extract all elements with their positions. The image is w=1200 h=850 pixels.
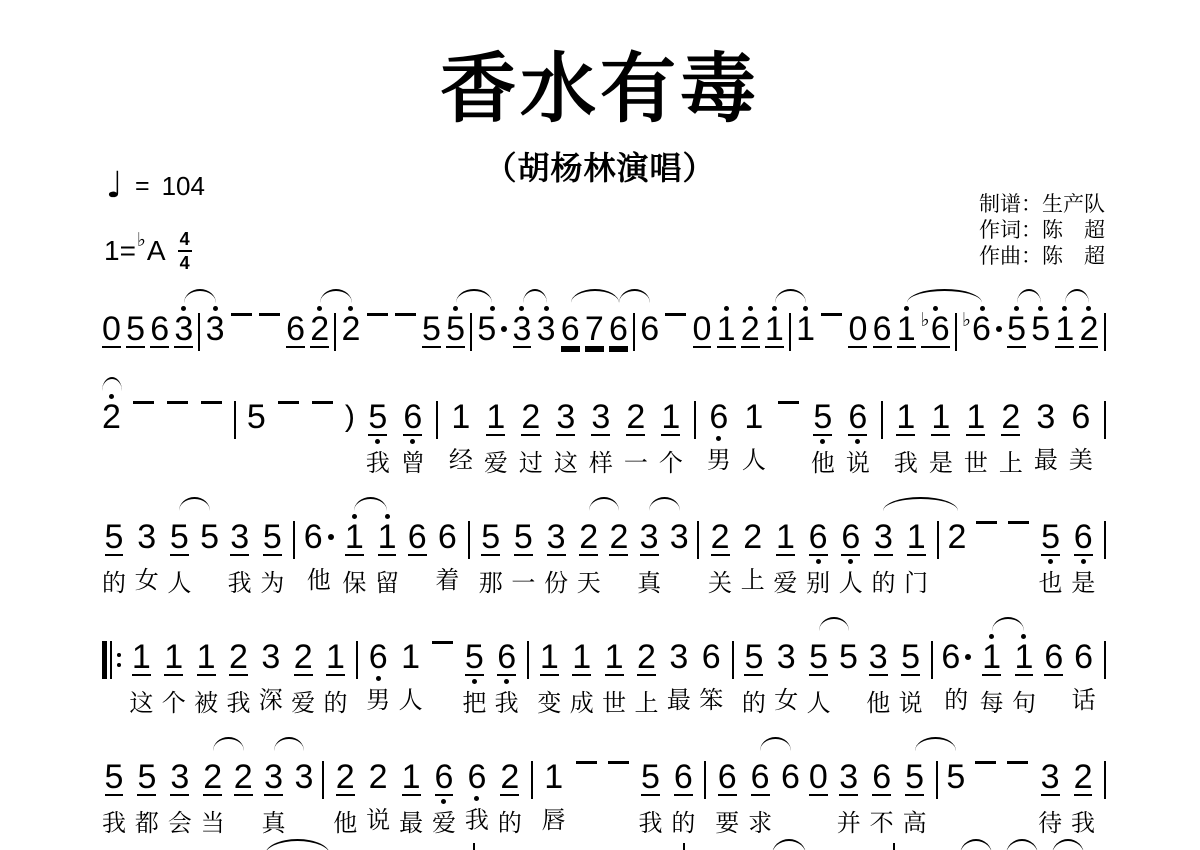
note-digit: 1 [1055,313,1074,345]
note-value: 2 [948,521,967,553]
note-digit: 5 [137,761,156,793]
note-value: 6 [286,313,305,348]
note: 3的 [871,512,895,598]
note-value: 5 [839,641,858,673]
dash-bar [367,313,388,316]
note-value: 6 [438,521,457,553]
dash-bar [259,313,280,316]
note-digit: 2 [948,521,967,553]
note: 2天 [577,512,601,598]
note-digit: 3 [264,761,283,793]
dash-note [366,304,389,326]
note: 6别 [806,512,830,598]
dash-note [200,392,223,446]
note-digit: 5 [200,521,219,553]
note: 5为 [260,512,284,598]
note-value [607,761,630,764]
note-value: 1 [982,641,1001,676]
note-value [394,313,417,316]
note: 5那 [479,512,503,598]
note-value: 5 [105,521,124,556]
note: 5把 [462,632,486,718]
note-digit: 5 [946,761,965,793]
music-line: 1这1个1被2我3深2爱1的6男1人5把6我1变1成1世2上3最6笨5的3女5人… [102,616,1106,718]
note-value [974,761,997,764]
note-value: 6 [848,401,867,436]
augmentation-dot [328,534,334,540]
note: 2 [102,392,121,475]
slur-arc [213,737,244,751]
note-value: 3 [294,761,313,793]
lyric: 最 [399,810,423,838]
note-digit: 1 [776,521,795,553]
barline [1104,641,1106,679]
note-digit: 6 [304,521,323,553]
note-digit: 2 [741,313,760,345]
note: 6我 [465,752,489,835]
barline [1104,761,1106,799]
lyric: 的 [871,570,895,598]
note-value: 5 [137,761,156,796]
note-value: 5 [105,761,124,796]
octave-dot-slot [375,436,380,446]
note-value: 1 [776,521,795,556]
lyric: 真 [262,810,286,838]
note-digit: 3 [206,313,225,345]
note-value: 6 [1074,641,1093,673]
note-digit: 2 [369,761,388,793]
note-digit: 6 [609,313,628,345]
note-digit: 2 [1079,313,1098,345]
note: 2过 [519,392,543,478]
note-value: 6 [718,761,737,796]
octave-dot-below [1048,559,1053,564]
note: 3样 [589,392,613,478]
note: 6话 [1072,632,1096,715]
tempo-value: 104 [162,171,205,202]
note: 1世 [602,632,626,718]
note-value: 6 [403,401,422,436]
lyric: 的 [742,690,766,718]
octave-dot-below [1081,559,1086,564]
lyric: 我 [465,807,489,835]
note: 6 [408,512,427,598]
note-value: 1 [896,401,915,436]
note-value: 5 [465,641,484,676]
slur-arc [819,617,849,631]
note-digit: 3 [170,761,189,793]
note-value: 6 [1071,401,1090,433]
note-digit: 2 [500,761,519,793]
note-value: 5 [901,641,920,676]
note: 5都 [135,752,159,838]
augmentation-dot [501,326,507,332]
note-value [1007,521,1030,524]
note-value: 6 [781,761,800,793]
note-digit: 1 [401,641,420,673]
note: 5说 [899,632,923,718]
note: 6 [609,304,628,358]
note: 1个 [162,632,186,718]
note-digit: 2 [1001,401,1020,433]
note-digit: 6 [809,521,828,553]
note-digit: 5 [1031,313,1050,345]
note: 6 [873,304,892,358]
note: 0 [809,752,828,838]
note: 7 [585,304,604,358]
octave-dot-below [441,799,446,804]
note-value [431,641,454,644]
note-value: 5 [446,313,465,348]
dash-bar [432,641,453,644]
note-digit: 2 [637,641,656,673]
time-signature: 4 4 [178,230,192,272]
barline [704,761,706,799]
lyric: 一 [511,570,535,598]
note-digit: 6 [286,313,305,345]
key-prefix: 1= [104,235,136,267]
note: 1个 [659,392,683,478]
note-value: 2 [369,761,388,793]
note: 6我 [495,632,519,718]
note-value [166,401,189,404]
lyric: 变 [537,690,561,718]
note-value: 5 [1007,313,1026,348]
octave-dot-slot [820,436,825,446]
lyric: 的 [671,810,695,838]
lyric: 着 [435,567,459,595]
dash-bar [167,401,188,404]
note-value [777,401,800,404]
note-digit: 6 [931,313,950,345]
credit-line-lyricist: 作词：陈 超 [979,218,1105,244]
repeat-thick-bar [102,641,107,679]
music-line: 5的3女5人53我5为6他1保1留66着5那5一3份2天23真32关2上1爱6别… [102,496,1106,598]
note-value: 2 [637,641,656,676]
note-value: 5 [813,401,832,436]
note-digit: 3 [1041,761,1060,793]
dash-note [431,632,454,686]
note: 2 [342,304,361,355]
lyric: 一 [624,450,648,478]
dash-note [777,392,800,446]
note: 2 [234,752,253,838]
lyric: 的 [498,810,522,838]
note-digit: 5 [263,521,282,553]
note-digit: 3 [874,521,893,553]
lyric: 爱 [432,810,456,838]
lyric: 世 [602,690,626,718]
barline [293,521,295,559]
note-digit: 3 [547,521,566,553]
note: 1经 [449,392,473,475]
lyric: 样 [589,450,613,478]
note-value [311,401,334,404]
dash-note [394,304,417,326]
note-digit: 5 [481,521,500,553]
note-digit: 1 [982,641,1001,673]
note: 1变 [537,632,561,718]
lyric: 人 [742,447,766,475]
note: 6 [640,304,659,355]
note-digit: 1 [486,401,505,433]
lyric: 个 [659,450,683,478]
note-value: 1 [164,641,183,676]
note-value: 5 [1041,521,1060,556]
note: 1人 [399,632,423,715]
note: 1爱 [773,512,797,598]
slur-arc [571,289,619,303]
note: 3会 [168,752,192,838]
repeat-dots [117,641,121,679]
dash-note [975,512,998,566]
note: 5也 [1039,512,1063,598]
note: 6他 [304,512,334,595]
slur-arc [274,737,304,751]
note-value: 3 [591,401,610,436]
lyric: 女 [135,567,159,595]
lyric: 是 [929,450,953,478]
note-digit: 5 [905,761,924,793]
note: 1门 [904,512,928,598]
note-value: 6 [751,761,770,796]
note: 6 [1044,632,1063,718]
note: 5的 [102,512,126,598]
tempo-mark: ♩ = 104 [106,168,205,204]
note: 2一 [624,392,648,478]
note-digit: 3 [556,401,575,433]
lyric: 把 [462,690,486,718]
barline [936,761,938,799]
dash-bar [975,761,996,764]
note-digit: 2 [229,641,248,673]
note: 3 [294,752,313,835]
note-value: 1 [345,521,364,556]
note: 6 [561,304,580,358]
note: 1的 [324,632,348,718]
lyric: 说 [899,690,923,718]
note-value: 5 [744,641,763,676]
note-value: 2 [310,313,329,348]
note-value: 1 [661,401,680,436]
lyric: 份 [544,570,568,598]
barline [789,313,791,351]
note: 6不 [870,752,894,838]
note-digit: 6 [873,313,892,345]
note-digit: 1 [931,401,950,433]
barline [322,761,324,799]
note-value: 2 [579,521,598,556]
note-digit: 2 [294,641,313,673]
note-digit: 1 [1015,641,1034,673]
note-value: 2 [294,641,313,676]
note-digit: 6 [403,401,422,433]
note-digit: 2 [342,313,361,345]
lyric: 个 [162,690,186,718]
notes-row: 1这1个1被2我3深2爱1的6男1人5把6我1变1成1世2上3最6笨5的3女5人… [102,616,1106,718]
note-value: 6 [435,761,454,796]
note-value: 3 [777,641,796,673]
note-digit: 3 [137,521,156,553]
note-value: 1 [402,761,421,796]
note-digit: 5 [126,313,145,345]
note: 2爱 [291,632,315,718]
note-value: 6 [150,313,169,348]
note: 3 [537,304,556,355]
note: 1 [897,304,916,358]
lyric: 天 [577,570,601,598]
note-digit: 1 [605,641,624,673]
note: 3份 [544,512,568,598]
note-value: 5 [809,641,828,676]
dash-note [311,392,334,446]
note-digit: 2 [102,401,121,433]
note-value: 5 [477,313,507,345]
note: 2关 [708,512,732,598]
lyric: 这 [554,450,578,478]
note-value: ) [345,401,355,433]
dash-note [277,392,300,446]
lyric: 为 [260,570,284,598]
note: 6的 [941,632,971,715]
note: 6人 [839,512,863,598]
lyric: 我 [228,570,252,598]
lyric: 关 [708,570,732,598]
flat-icon: ♭ [137,229,146,251]
lyric: 不 [870,810,894,838]
note-value: 6 [408,521,427,556]
note: 2 [609,512,628,598]
dash-bar [133,401,154,404]
note-digit: 2 [609,521,628,553]
lyric: 保 [342,570,366,598]
note-value: 5 [514,521,533,556]
note-digit: 7 [585,313,604,345]
note-value [820,313,843,316]
dash-note [820,304,843,326]
augmentation-dot [965,654,971,660]
note: 3他 [866,632,890,718]
lyric: 真 [637,570,661,598]
note-digit: 1 [378,521,397,553]
note: 6说 [846,392,870,478]
octave-dot-slot [716,433,721,443]
note: 2的 [498,752,522,838]
barline [937,521,939,559]
slur-arc [760,737,791,751]
notes-row: 25)5我6曾1经1爱2过3这3样2一1个6男1人5他6说1我1是1世2上3最6… [102,376,1106,478]
note: 3深 [259,632,283,715]
lyric: 最 [667,687,691,715]
note-value: 1 [540,641,559,676]
note-value: 6 [640,313,659,345]
note-digit: 5 [1007,313,1026,345]
note: 2上 [741,512,765,595]
note-digit: 6 [435,761,454,793]
note-digit: 6 [972,313,991,345]
dash-bar [665,313,686,316]
note-value: 2 [741,313,760,348]
note-digit: 2 [626,401,645,433]
lyric: 说 [366,807,390,835]
slur-arc [456,289,493,303]
note-value: 7 [585,313,604,348]
note: 1每 [980,632,1004,718]
note-digit: 5 [477,313,496,345]
note: 5 [477,304,507,355]
barline [436,401,438,439]
note-value: 0 [693,313,712,348]
lyric: 当 [201,810,225,838]
note-digit: 6 [561,313,580,345]
note-value: 3 [869,641,888,676]
lyric: 唇 [542,807,566,835]
note-digit: 1 [717,313,736,345]
note-value: 3 [640,521,659,556]
note-value: 6 [873,313,892,348]
dash-note [166,392,189,446]
dash-note [664,304,687,326]
octave-dot-slot [410,436,415,446]
note-digit: 6 [369,641,388,673]
flat-icon: ♭ [921,311,930,330]
note: 6美 [1069,392,1093,475]
note: 1被 [194,632,218,718]
note-value [258,313,281,316]
slur-arc [102,377,122,391]
note: 6着 [435,512,459,595]
lyric: 是 [1071,570,1095,598]
note: 2当 [201,752,225,838]
credit-line-arranger: 制谱：生产队 [979,192,1105,218]
dash-bar [231,313,252,316]
note-digit: 2 [336,761,355,793]
dash-note [575,752,598,806]
note: 2我 [1071,752,1095,838]
note-digit: 2 [521,401,540,433]
quarter-note-icon: ♩ [106,168,123,204]
octave-dot-slot [472,676,477,686]
dash-bar [1008,521,1029,524]
note-digit: 1 [132,641,151,673]
note-value: 1 [966,401,985,436]
lyric: 那 [479,570,503,598]
note: 5 [446,304,465,358]
credits: 制谱：生产队 作词：陈 超 作曲：陈 超 [979,192,1105,270]
note: 5 [200,512,219,595]
note-digit: 1 [164,641,183,673]
slur-arc [883,497,958,511]
note-value: 5 [481,521,500,556]
octave-dot-slot [855,436,860,446]
lyric: 被 [194,690,218,718]
note: 3这 [554,392,578,478]
lyric: 都 [135,810,159,838]
note-value: 1 [197,641,216,676]
lyric: 的 [324,690,348,718]
note: 1句 [1012,632,1036,718]
note-digit: 6 [841,521,860,553]
note: 3真 [637,512,661,598]
note: 2说 [366,752,390,835]
note-digit: 5 [368,401,387,433]
lyric: 爱 [291,690,315,718]
note: 5他 [811,392,835,478]
note-digit: 6 [1074,641,1093,673]
barline [881,401,883,439]
note-value: 6 [841,521,860,556]
lyric: 男 [366,687,390,715]
